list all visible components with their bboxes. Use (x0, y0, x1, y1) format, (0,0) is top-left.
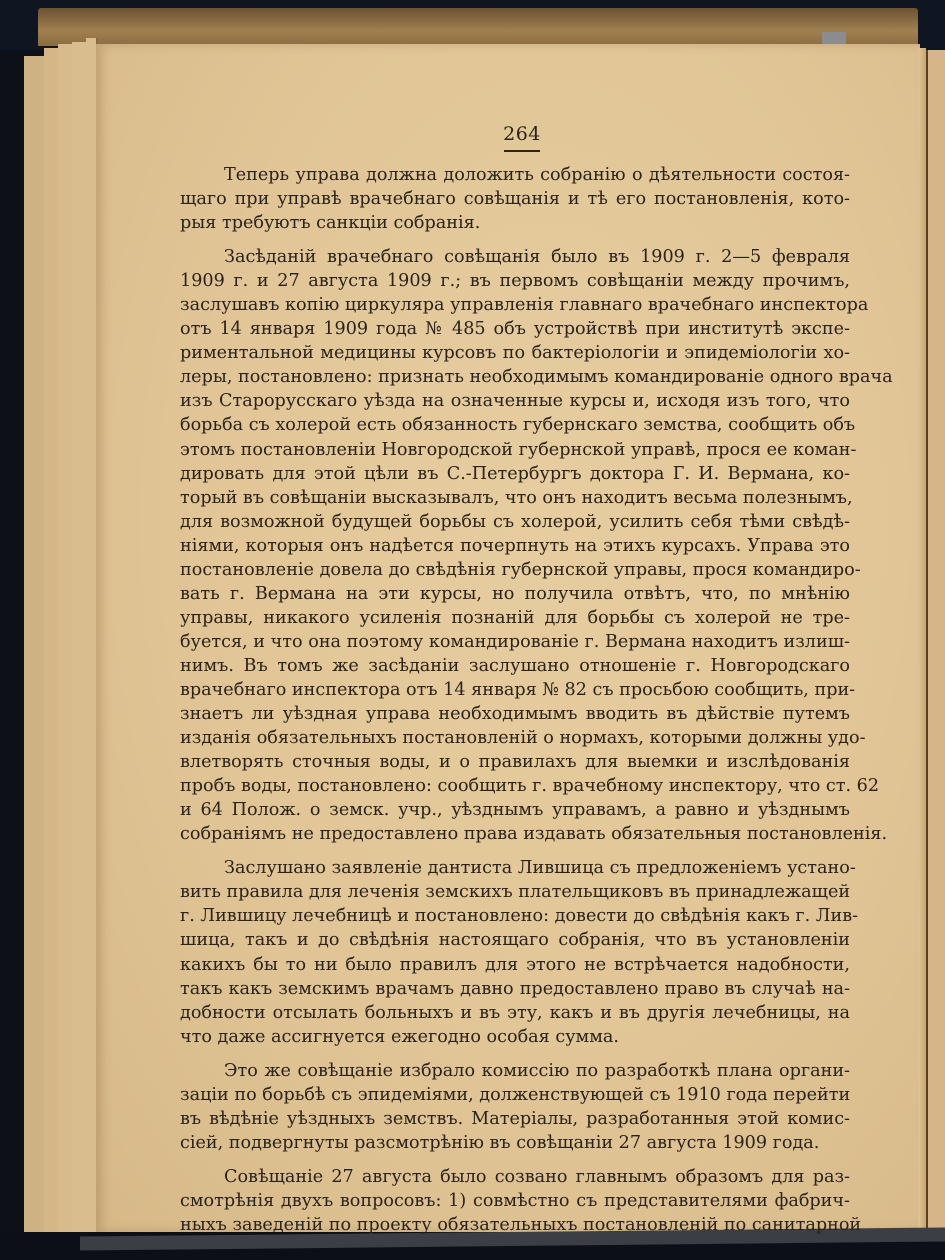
text-line: что даже ассигнуется ежегодно особая сум… (180, 1025, 850, 1049)
text-line: вать г. Вермана на эти курсы, но получил… (180, 582, 850, 606)
text-line: постановленіе довела до свѣдѣнія губернс… (180, 558, 850, 582)
text-line: Заслушано заявленіе дантиста Лившица съ … (180, 856, 850, 880)
text-line: ніями, которыя онъ надѣется почерпнуть н… (180, 534, 850, 558)
text-line: изъ Старорусскаго уѣзда на означенные ку… (180, 389, 850, 413)
book-cover-edge (38, 8, 918, 46)
text-line: изданія обязательныхъ постановленій о но… (180, 726, 850, 750)
text-line: смотрѣнія двухъ вопросовъ: 1) совмѣстно … (180, 1189, 850, 1213)
paragraph: Совѣщаніе 27 августа было созвано главны… (180, 1165, 850, 1237)
page-right-edge (918, 48, 926, 1234)
text-line: и 64 Полож. о земск. учр., уѣзднымъ упра… (180, 798, 850, 822)
text-line: Засѣданій врачебнаго совѣщанія было въ 1… (180, 245, 850, 269)
text-line: врачебнаго инспектора отъ 14 января № 82… (180, 678, 850, 702)
text-line: влетворять сточныя воды, и о правилахъ д… (180, 750, 850, 774)
text-line: сіей, подвергнуты разсмотрѣнію въ совѣща… (180, 1131, 850, 1155)
text-line: этомъ постановленіи Новгородской губернс… (180, 438, 850, 462)
paragraph: Заслушано заявленіе дантиста Лившица съ … (180, 856, 850, 1048)
text-line: собраніямъ не предоставлено права издава… (180, 822, 850, 846)
text-line: Это же совѣщаніе избрало комиссію по раз… (180, 1059, 850, 1083)
text-line: шица, такъ и до свѣдѣнія настоящаго собр… (180, 928, 850, 952)
text-line: борьба съ холерой есть обязанность губер… (180, 413, 850, 437)
paragraph-gap (180, 235, 850, 245)
text-line: ныхъ заведеній по проекту обязательныхъ … (180, 1213, 850, 1237)
text-line: добности отсылать больныхъ и въ эту, как… (180, 1001, 850, 1025)
text-line: леры, постановлено: признать необходимым… (180, 365, 850, 389)
paragraph-gap (180, 1155, 850, 1165)
page-stack-edge (24, 56, 46, 1232)
text-line: щаго при управѣ врачебнаго совѣщанія и т… (180, 187, 850, 211)
text-line: заслушавъ копію циркуляра управленія гла… (180, 293, 850, 317)
adjacent-page-strip (926, 50, 945, 1232)
text-line: для возможной будущей борьбы съ холерой,… (180, 510, 850, 534)
text-line: риментальной медицины курсовъ по бактері… (180, 341, 850, 365)
page-number-underline (504, 150, 540, 152)
text-line: знаетъ ли уѣздная управа необходимымъ вв… (180, 702, 850, 726)
text-line: пробъ воды, постановлено: сообщить г. вр… (180, 774, 850, 798)
paragraph: Засѣданій врачебнаго совѣщанія было въ 1… (180, 245, 850, 846)
text-line: какихъ бы то ни было правилъ для этого н… (180, 953, 850, 977)
text-line: дировать для этой цѣли въ С.-Петербургъ … (180, 462, 850, 486)
paragraph: Теперь управа должна доложить собранію о… (180, 163, 850, 235)
text-line: заціи по борьбѣ съ эпидеміями, долженств… (180, 1083, 850, 1107)
paragraph: Это же совѣщаніе избрало комиссію по раз… (180, 1059, 850, 1155)
text-line: г. Лившицу лечебницѣ и постановлено: дов… (180, 904, 850, 928)
text-line: такъ какъ земскимъ врачамъ давно предост… (180, 977, 850, 1001)
text-line: отъ 14 января 1909 года № 485 объ устрой… (180, 317, 850, 341)
text-line: рыя требуютъ санкціи собранія. (180, 211, 850, 235)
text-line: вить правила для леченія земскихъ плател… (180, 880, 850, 904)
text-line: Совѣщаніе 27 августа было созвано главны… (180, 1165, 850, 1189)
text-line: управы, никакого усиленія познаній для б… (180, 606, 850, 630)
text-line: нимъ. Въ томъ же засѣданіи заслушано отн… (180, 654, 850, 678)
paragraph-gap (180, 1049, 850, 1059)
paragraph-gap (180, 846, 850, 856)
text-line: буется, и что она поэтому командированіе… (180, 630, 850, 654)
page-number: 264 (500, 123, 544, 145)
text-line: 1909 г. и 27 августа 1909 г.; въ первомъ… (180, 269, 850, 293)
scanned-book-page: 264 Теперь управа должна доложить собран… (0, 0, 945, 1260)
text-line: въ вѣдѣніе уѣздныхъ земствъ. Матеріалы, … (180, 1107, 850, 1131)
page-body-text: Теперь управа должна доложить собранію о… (180, 163, 850, 1237)
text-line: Теперь управа должна доложить собранію о… (180, 163, 850, 187)
text-line: торый въ совѣщаніи высказывалъ, что онъ … (180, 486, 850, 510)
